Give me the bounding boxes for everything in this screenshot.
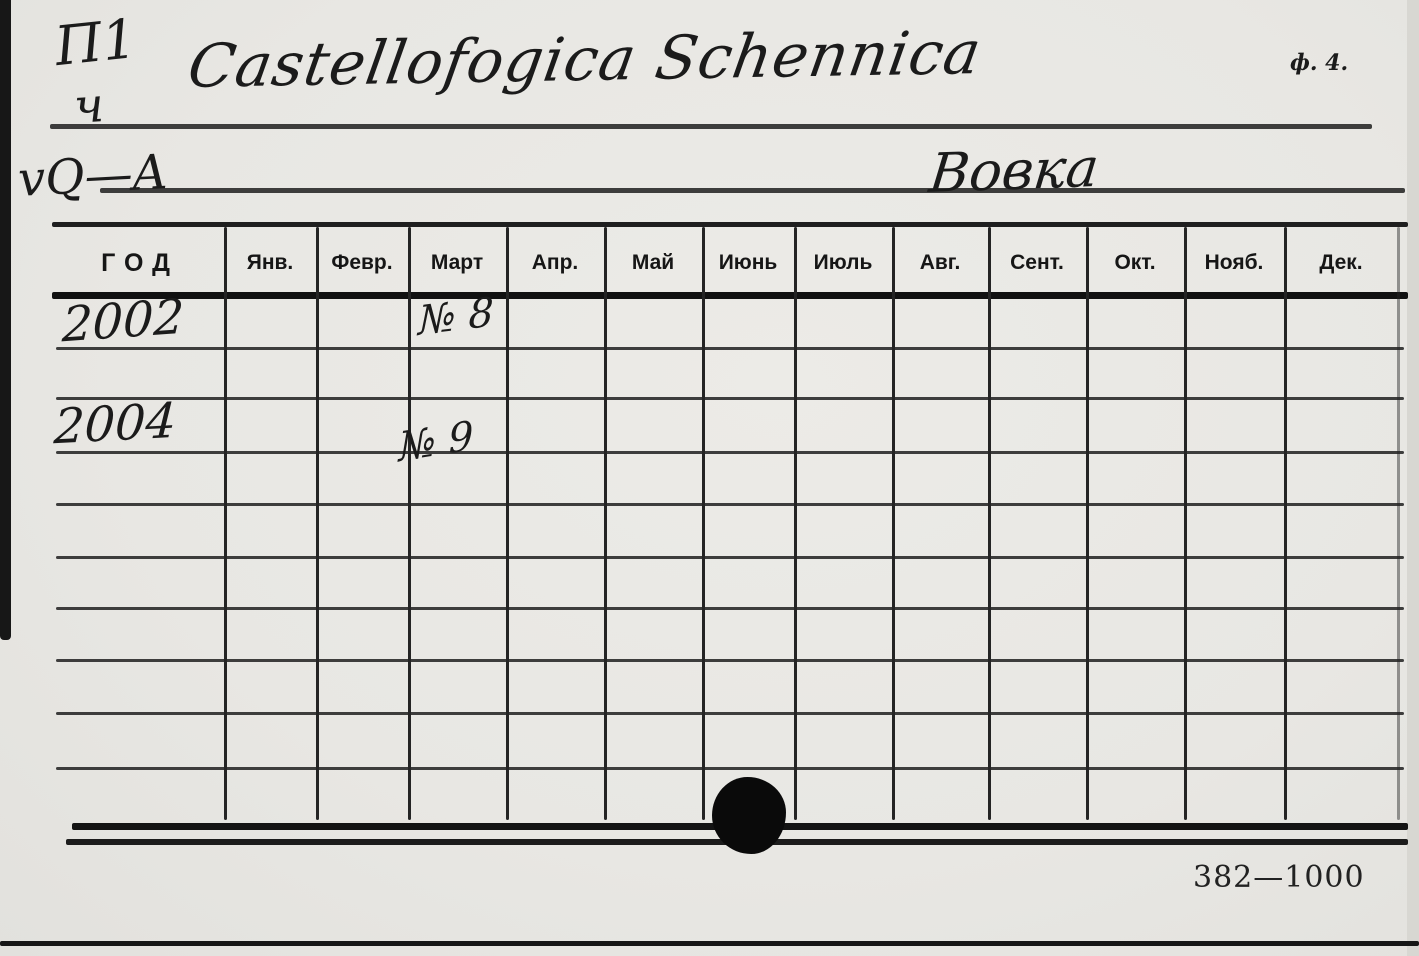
march-note-2004: № 9 [398,416,474,468]
header-bottom-border [52,292,1408,299]
header-month-jan: Янв. [224,251,316,275]
library-card-scan: П1 ч Castellofogica Schennica ф. 4. vQ—A… [0,0,1419,956]
table-header-year: ГОД [60,236,220,290]
row-divider-line [56,767,1404,770]
column-line [604,227,607,820]
header-month-sep: Сент. [988,251,1086,275]
row-divider-line [56,659,1404,662]
column-line [506,227,509,820]
ink-dot [712,777,786,854]
handwritten-signature: Вовка [927,141,1102,201]
title-underline [50,124,1372,129]
year-entry-2002: 2002 [61,293,185,350]
scan-bottom-edge-line [0,941,1419,946]
header-month-may: Май [604,251,702,275]
corner-call-mark-line1: П1 [52,12,139,74]
header-month-mar: Март [408,251,506,275]
second-rule-line [100,188,1405,193]
column-line [316,227,319,820]
row-divider-line [56,347,1404,350]
row-divider-line [56,451,1404,454]
handwritten-title: Castellofogica Schennica [184,23,986,97]
row-divider-line [56,712,1404,715]
header-month-oct: Окт. [1086,251,1184,275]
header-month-jul: Июль [794,251,892,275]
row-divider-line [56,397,1404,400]
margin-handwritten-mark: vQ—A [17,148,168,204]
column-line [224,227,227,820]
column-line [408,227,411,820]
header-month-dec: Дек. [1284,251,1398,275]
header-month-apr: Апр. [506,251,604,275]
header-month-feb: Февр. [316,251,408,275]
column-line [702,227,705,820]
row-divider-line [56,556,1404,559]
march-note-2002: № 8 [418,292,494,342]
header-month-jun: Июнь [702,251,794,275]
column-line [1284,227,1287,820]
row-divider-line [56,503,1404,506]
column-line [988,227,991,820]
table-header-months: Янв. Февр. Март Апр. Май Июнь Июль Авг. … [224,236,1398,290]
table-top-border [52,222,1408,227]
column-line [1086,227,1089,820]
scan-right-edge [1407,0,1419,956]
header-month-nov: Нояб. [1184,251,1284,275]
column-line [1397,227,1400,820]
row-divider-line [56,607,1404,610]
column-line [1184,227,1187,820]
header-month-aug: Авг. [892,251,988,275]
scan-left-edge [0,0,11,640]
imprint-number: 382—1000 [1193,860,1365,895]
column-line [892,227,895,820]
column-line [794,227,797,820]
year-entry-2004: 2004 [53,397,178,452]
title-superscript-note: ф. 4. [1290,52,1348,74]
